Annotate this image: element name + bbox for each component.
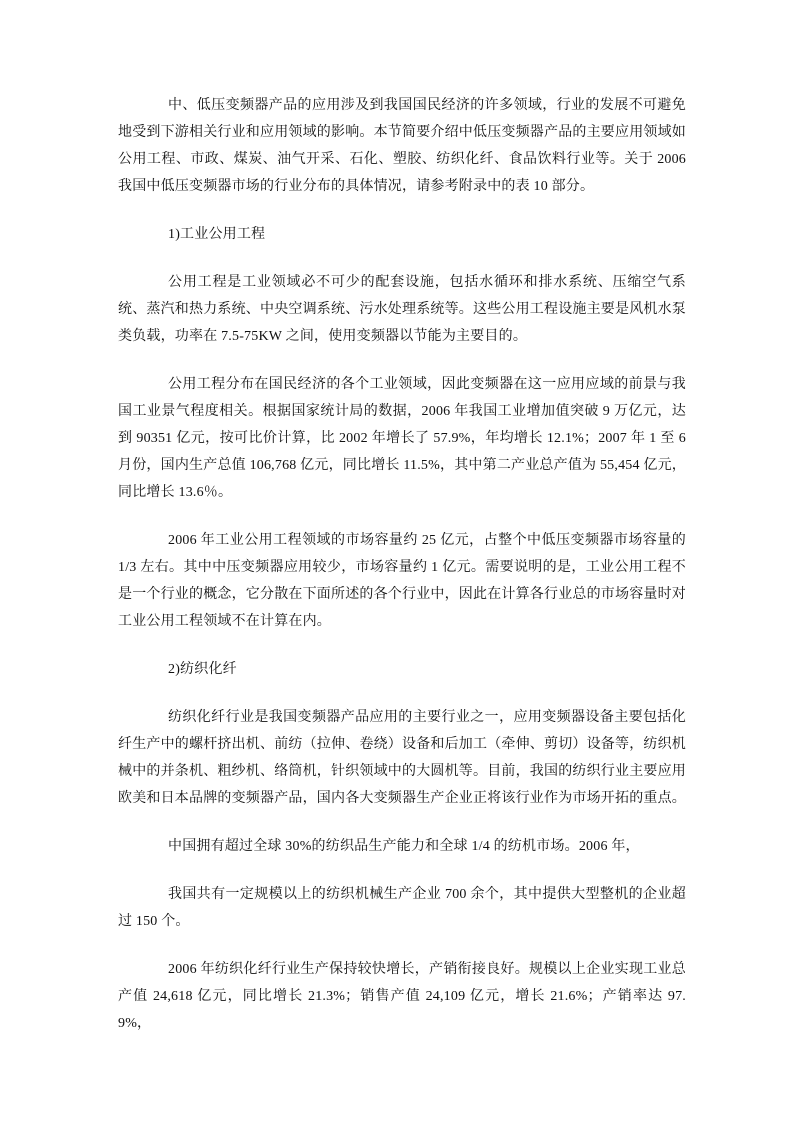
intro-paragraph: 中、低压变频器产品的应用涉及到我国国民经济的许多领域，行业的发展不可避免地受到下…	[118, 92, 686, 200]
section-1-paragraph-2: 公用工程分布在国民经济的各个工业领域，因此变频器在这一应用应域的前景与我国工业景…	[118, 371, 686, 506]
section-2-paragraph-4: 2006 年纺织化纤行业生产保持较快增长，产销衔接良好。规模以上企业实现工业总产…	[118, 956, 686, 1037]
section-1-heading: 1)工业公用工程	[118, 221, 686, 248]
section-1-paragraph-1: 公用工程是工业领域必不可少的配套设施，包括水循环和排水系统、压缩空气系统、蒸汽和…	[118, 269, 686, 350]
section-2-paragraph-1: 纺织化纤行业是我国变频器产品应用的主要行业之一，应用变频器设备主要包括化纤生产中…	[118, 704, 686, 812]
section-1-paragraph-3: 2006 年工业公用工程领域的市场容量约 25 亿元，占整个中低压变频器市场容量…	[118, 527, 686, 635]
document-page: 中、低压变频器产品的应用涉及到我国国民经济的许多领域，行业的发展不可避免地受到下…	[0, 0, 793, 1122]
section-2-heading: 2)纺织化纤	[118, 656, 686, 683]
section-2-paragraph-3: 我国共有一定规模以上的纺织机械生产企业 700 余个，其中提供大型整机的企业超过…	[118, 881, 686, 935]
section-2-paragraph-2: 中国拥有超过全球 30%的纺织品生产能力和全球 1/4 的纺机市场。2006 年…	[118, 833, 686, 860]
